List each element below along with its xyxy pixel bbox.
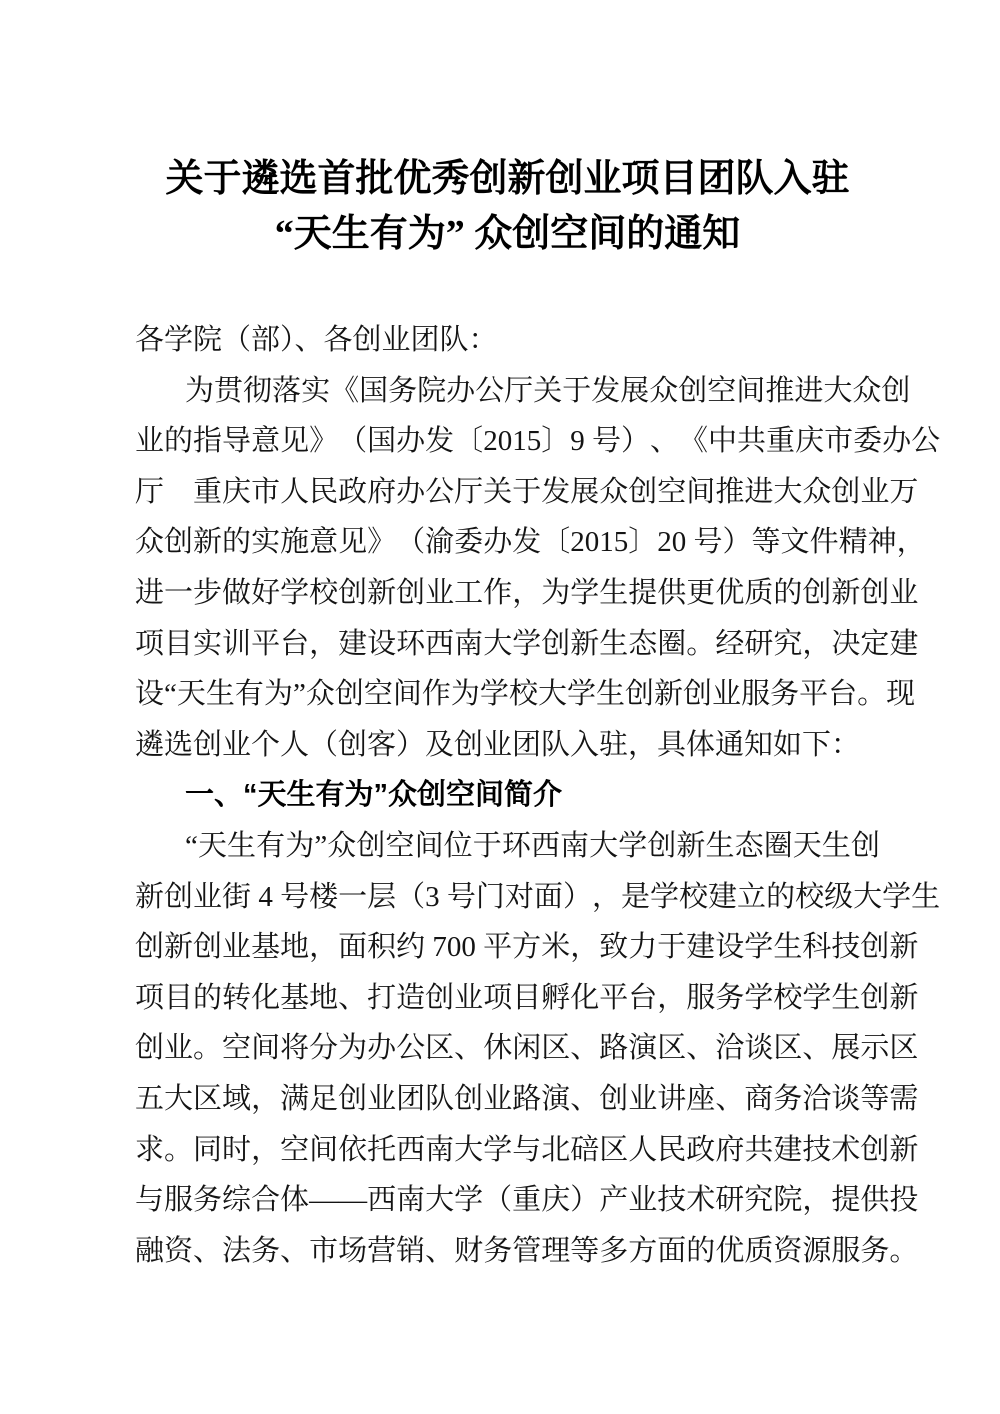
- body-lines: 各学院（部）、各创业团队：为贯彻落实《国务院办公厅关于发展众创空间推进大众创业的…: [135, 315, 880, 1276]
- text-line: 创业。空间将分为办公区、休闲区、路演区、洽谈区、展示区: [135, 1023, 880, 1074]
- text-line: 新创业街 4 号楼一层（3 号门对面），是学校建立的校级大学生: [135, 872, 880, 923]
- text-line: 厅 重庆市人民政府办公厅关于发展众创空间推进大众创业万: [135, 467, 880, 518]
- text-line: 项目实训平台，建设环西南大学创新生态圈。经研究，决定建: [135, 619, 880, 670]
- text-line: 融资、法务、市场营销、财务管理等多方面的优质资源服务。: [135, 1226, 880, 1277]
- text-line: 与服务综合体——西南大学（重庆）产业技术研究院，提供投: [135, 1175, 880, 1226]
- text-line: 求。同时，空间依托西南大学与北碚区人民政府共建技术创新: [135, 1125, 880, 1176]
- document-title: 关于遴选首批优秀创新创业项目团队入驻 “天生有为” 众创空间的通知: [135, 152, 880, 262]
- document-page: 关于遴选首批优秀创新创业项目团队入驻 “天生有为” 众创空间的通知 各学院（部）…: [0, 0, 1000, 1414]
- text-line: 为贯彻落实《国务院办公厅关于发展众创空间推进大众创: [135, 366, 880, 417]
- document-content: 关于遴选首批优秀创新创业项目团队入驻 “天生有为” 众创空间的通知 各学院（部）…: [135, 0, 880, 1276]
- text-line: 创新创业基地，面积约 700 平方米，致力于建设学生科技创新: [135, 922, 880, 973]
- text-line: 遴选创业个人（创客）及创业团队入驻，具体通知如下：: [135, 720, 880, 771]
- text-line: “天生有为”众创空间位于环西南大学创新生态圈天生创: [135, 821, 880, 872]
- text-line: 众创新的实施意见》（渝委办发〔2015〕20 号）等文件精神，: [135, 517, 880, 568]
- text-line: 进一步做好学校创新创业工作，为学生提供更优质的创新创业: [135, 568, 880, 619]
- text-line: 业的指导意见》（国办发〔2015〕9 号）、《中共重庆市委办公: [135, 416, 880, 467]
- document-title-line-1: 关于遴选首批优秀创新创业项目团队入驻: [135, 152, 880, 207]
- document-title-line-2: “天生有为” 众创空间的通知: [135, 207, 880, 262]
- text-line: 项目的转化基地、打造创业项目孵化平台，服务学校学生创新: [135, 973, 880, 1024]
- section-heading: 一、“天生有为”众创空间简介: [135, 770, 880, 821]
- text-line: 各学院（部）、各创业团队：: [135, 315, 880, 366]
- text-line: 设“天生有为”众创空间作为学校大学生创新创业服务平台。现: [135, 669, 880, 720]
- text-line: 五大区域，满足创业团队创业路演、创业讲座、商务洽谈等需: [135, 1074, 880, 1125]
